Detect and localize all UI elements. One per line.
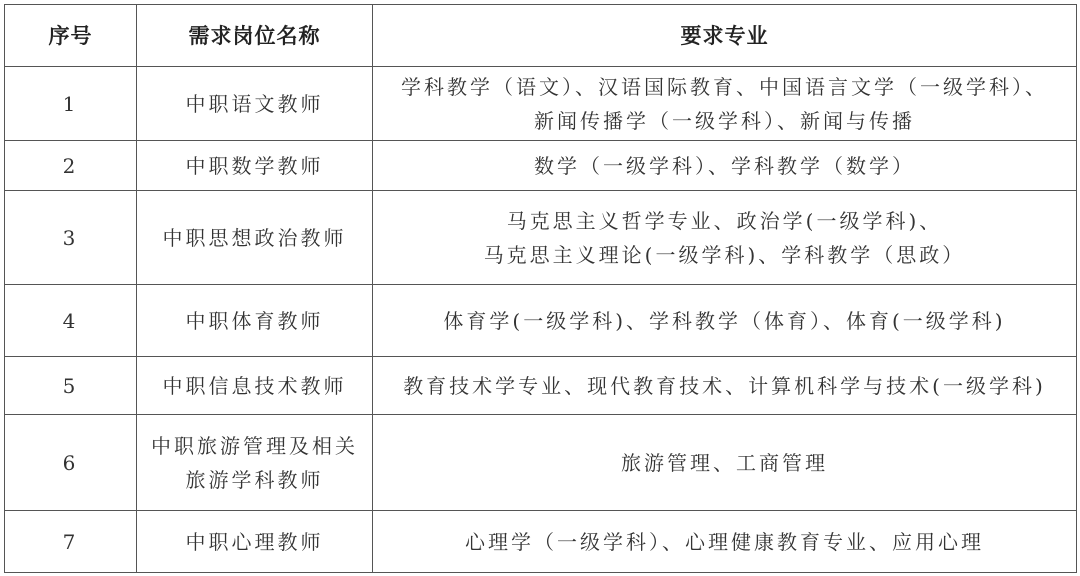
header-required-major: 要求专业 — [373, 5, 1077, 67]
position-name-line: 中职信息技术教师 — [141, 369, 368, 403]
cell-serial-number: 3 — [5, 191, 137, 285]
cell-required-major: 数学（一级学科）、学科教学（数学） — [373, 141, 1077, 191]
cell-serial-number: 5 — [5, 357, 137, 415]
cell-position-name: 中职思想政治教师 — [137, 191, 373, 285]
cell-serial-number: 6 — [5, 415, 137, 511]
required-major-line: 马克思主义理论(一级学科)、学科教学（思政） — [377, 238, 1072, 272]
table-body: 1中职语文教师学科教学（语文）、汉语国际教育、中国语言文学（一级学科）、新闻传播… — [5, 67, 1077, 573]
cell-position-name: 中职体育教师 — [137, 285, 373, 357]
cell-required-major: 体育学(一级学科)、学科教学（体育）、体育(一级学科) — [373, 285, 1077, 357]
cell-required-major: 教育技术学专业、现代教育技术、计算机科学与技术(一级学科) — [373, 357, 1077, 415]
table-row: 7中职心理教师心理学（一级学科）、心理健康教育专业、应用心理 — [5, 511, 1077, 573]
cell-position-name: 中职语文教师 — [137, 67, 373, 141]
table-row: 6中职旅游管理及相关旅游学科教师旅游管理、工商管理 — [5, 415, 1077, 511]
cell-serial-number: 7 — [5, 511, 137, 573]
cell-serial-number: 4 — [5, 285, 137, 357]
required-major-line: 新闻传播学（一级学科）、新闻与传播 — [377, 104, 1072, 138]
position-name-line: 中职数学教师 — [141, 149, 368, 183]
cell-position-name: 中职信息技术教师 — [137, 357, 373, 415]
position-name-line: 中职旅游管理及相关 — [141, 429, 368, 463]
table-row: 5中职信息技术教师教育技术学专业、现代教育技术、计算机科学与技术(一级学科) — [5, 357, 1077, 415]
required-major-line: 体育学(一级学科)、学科教学（体育）、体育(一级学科) — [377, 304, 1072, 338]
required-major-line: 数学（一级学科）、学科教学（数学） — [377, 149, 1072, 183]
table-header-row: 序号 需求岗位名称 要求专业 — [5, 5, 1077, 67]
required-major-line: 学科教学（语文）、汉语国际教育、中国语言文学（一级学科）、 — [377, 70, 1072, 104]
required-major-line: 心理学（一级学科）、心理健康教育专业、应用心理 — [377, 525, 1072, 559]
cell-required-major: 旅游管理、工商管理 — [373, 415, 1077, 511]
required-major-line: 旅游管理、工商管理 — [377, 446, 1072, 480]
cell-serial-number: 2 — [5, 141, 137, 191]
table-row: 2中职数学教师数学（一级学科）、学科教学（数学） — [5, 141, 1077, 191]
position-name-line: 旅游学科教师 — [141, 463, 368, 497]
required-major-line: 马克思主义哲学专业、政治学(一级学科)、 — [377, 204, 1072, 238]
cell-position-name: 中职心理教师 — [137, 511, 373, 573]
requirements-table: 序号 需求岗位名称 要求专业 1中职语文教师学科教学（语文）、汉语国际教育、中国… — [4, 4, 1077, 573]
position-name-line: 中职语文教师 — [141, 87, 368, 121]
position-name-line: 中职思想政治教师 — [141, 221, 368, 255]
cell-position-name: 中职旅游管理及相关旅游学科教师 — [137, 415, 373, 511]
header-position-name: 需求岗位名称 — [137, 5, 373, 67]
cell-required-major: 学科教学（语文）、汉语国际教育、中国语言文学（一级学科）、新闻传播学（一级学科）… — [373, 67, 1077, 141]
table-row: 1中职语文教师学科教学（语文）、汉语国际教育、中国语言文学（一级学科）、新闻传播… — [5, 67, 1077, 141]
table-row: 4中职体育教师体育学(一级学科)、学科教学（体育）、体育(一级学科) — [5, 285, 1077, 357]
position-name-line: 中职体育教师 — [141, 304, 368, 338]
cell-required-major: 心理学（一级学科）、心理健康教育专业、应用心理 — [373, 511, 1077, 573]
cell-position-name: 中职数学教师 — [137, 141, 373, 191]
required-major-line: 教育技术学专业、现代教育技术、计算机科学与技术(一级学科) — [377, 369, 1072, 403]
table-row: 3中职思想政治教师马克思主义哲学专业、政治学(一级学科)、马克思主义理论(一级学… — [5, 191, 1077, 285]
header-serial-number: 序号 — [5, 5, 137, 67]
cell-required-major: 马克思主义哲学专业、政治学(一级学科)、马克思主义理论(一级学科)、学科教学（思… — [373, 191, 1077, 285]
cell-serial-number: 1 — [5, 67, 137, 141]
position-name-line: 中职心理教师 — [141, 525, 368, 559]
